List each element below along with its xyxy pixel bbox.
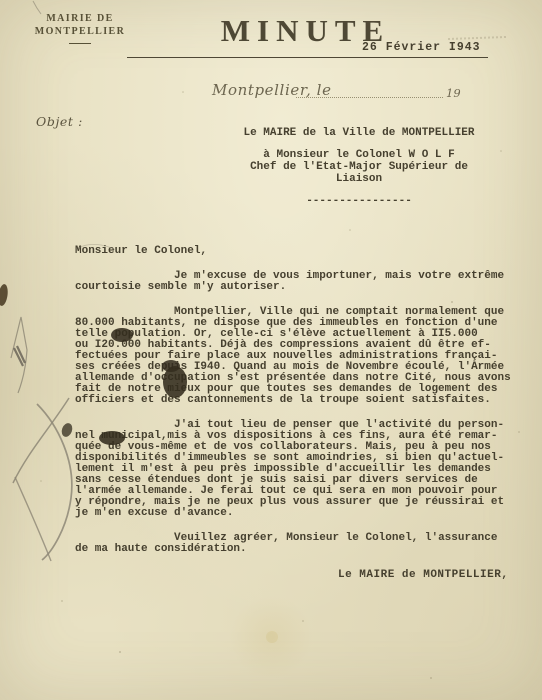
recipient-line: à Monsieur le Colonel W O L F — [235, 149, 483, 161]
letterhead-line1: MAIRIE DE — [14, 12, 146, 25]
letter-body: Monsieur le Colonel, Je m'excuse de vous… — [75, 246, 517, 555]
letterhead: MAIRIE DE MONTPELLIER — [14, 12, 146, 44]
edge-ink-blob — [0, 283, 9, 306]
paper-stain — [266, 631, 278, 643]
pencil-paraph-stroke-3 — [15, 477, 51, 561]
ink-smudge-margin — [60, 422, 74, 439]
pencil-paraph-stroke-2 — [37, 404, 72, 560]
pencil-dark-dash — [14, 346, 25, 366]
paragraph-3: J'ai tout lieu de penser que l'activité … — [75, 420, 517, 519]
signature-line: Le MAIRE de MONTPELLIER, — [338, 569, 508, 581]
recipient-block: Le MAIRE de la Ville de MONTPELLIER à Mo… — [235, 127, 483, 207]
pencil-caret-mark — [11, 317, 27, 393]
recipient-title-line2: Liaison — [235, 173, 483, 185]
date-stamp: 26 Février I943 — [362, 41, 481, 54]
dateline-year-prefix: 19 — [446, 86, 461, 100]
pencil-paraph-stroke-1 — [13, 398, 69, 483]
dateline-dotted-rule — [296, 83, 443, 98]
letterhead-rule — [69, 43, 91, 44]
paragraph-2: Montpellier, Ville qui ne comptait norma… — [75, 307, 517, 406]
closing-formula: Veuillez agréer, Monsieur le Colonel, l'… — [75, 533, 517, 555]
scanned-letter-page: MAIRIE DE MONTPELLIER MINUTE 26 Février … — [0, 0, 542, 700]
sender-line: Le MAIRE de la Ville de MONTPELLIER — [235, 127, 483, 139]
salutation: Monsieur le Colonel, — [75, 246, 517, 257]
letterhead-line2: MONTPELLIER — [14, 25, 146, 38]
paragraph-1: Je m'excuse de vous importuner, mais vot… — [75, 271, 517, 293]
typed-separator: ---------------- — [235, 195, 483, 207]
faint-dotted-mark — [448, 36, 506, 40]
object-label: Objet : — [36, 114, 83, 129]
header-rule — [127, 57, 488, 58]
recipient-title-line1: Chef de l'Etat-Major Supérieur de — [235, 161, 483, 173]
